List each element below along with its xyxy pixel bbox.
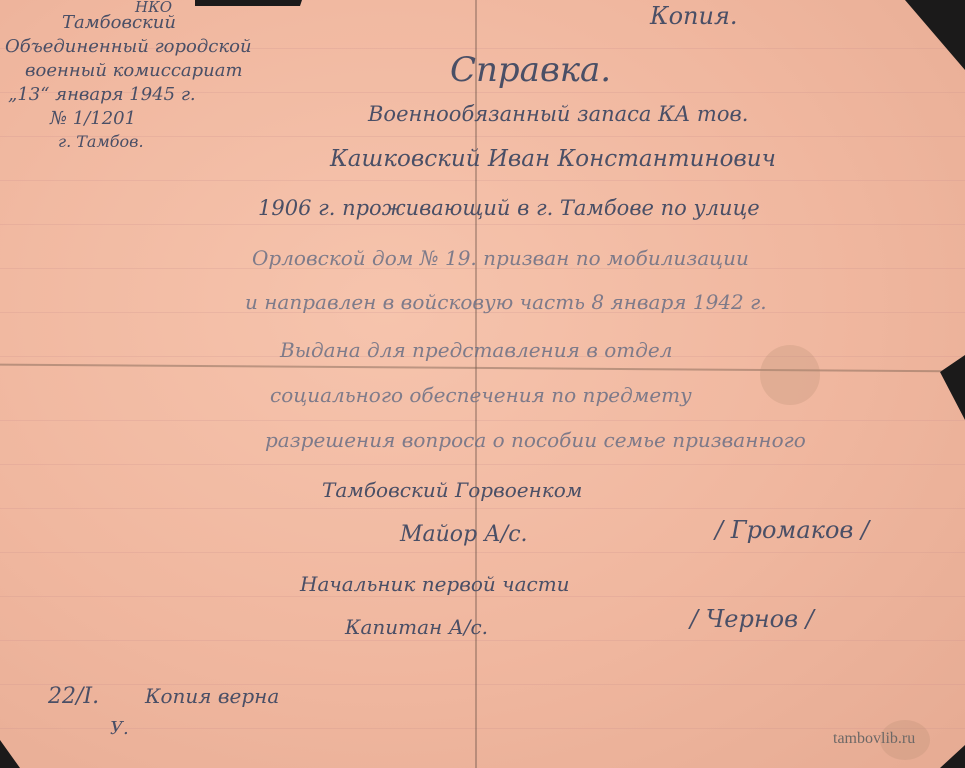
body-line: Орловской дом № 19. призван по мобилизац… — [252, 246, 749, 270]
footer-verified: Копия верна — [145, 684, 279, 708]
signature-org: Тамбовский Горвоенком — [322, 478, 582, 502]
copy-label: Копия. — [650, 2, 737, 30]
horizontal-fold — [0, 364, 965, 373]
ruled-line — [0, 728, 965, 729]
ruled-line — [0, 180, 965, 181]
signature-rank: Капитан А/с. — [345, 615, 488, 639]
stamp-line: „13“ января 1945 г. — [8, 84, 196, 105]
stamp-line: № 1/1201 — [50, 108, 136, 129]
body-line: Военнообязанный запаса КА тов. — [368, 102, 748, 126]
stain — [760, 345, 820, 405]
document-title: Справка. — [450, 50, 611, 90]
footer-date: 22/I. — [48, 684, 99, 709]
stamp-line: военный комиссариат — [25, 60, 243, 81]
body-line: Кашковский Иван Константинович — [330, 146, 776, 172]
stamp-line: Объединенный городской — [5, 36, 252, 57]
ruled-line — [0, 596, 965, 597]
ruled-line — [0, 508, 965, 509]
ruled-line — [0, 640, 965, 641]
ruled-line — [0, 224, 965, 225]
ruled-line — [0, 136, 965, 137]
body-line: 1906 г. проживающий в г. Тамбове по улиц… — [258, 196, 760, 220]
stamp-line: Тамбовский — [62, 12, 176, 33]
ruled-line — [0, 464, 965, 465]
signature-title: Начальник первой части — [300, 572, 570, 596]
watermark: tambovlib.ru — [833, 730, 915, 748]
signature-rank: Майор А/с. — [400, 522, 528, 547]
body-line: социального обеспечения по предмету — [270, 383, 692, 407]
body-line: и направлен в войсковую часть 8 января 1… — [245, 290, 767, 314]
stamp-line: г. Тамбов. — [58, 132, 144, 151]
document-paper: НКО Тамбовский Объединенный городской во… — [0, 0, 965, 768]
body-line: Выдана для представления в отдел — [280, 338, 672, 362]
body-line: разрешения вопроса о пособии семье призв… — [265, 428, 806, 452]
signature: / Громаков / — [715, 516, 869, 544]
ruled-line — [0, 420, 965, 421]
ruled-line — [0, 552, 965, 553]
signature: / Чернов / — [690, 605, 814, 633]
footer-initial: У. — [110, 718, 129, 739]
